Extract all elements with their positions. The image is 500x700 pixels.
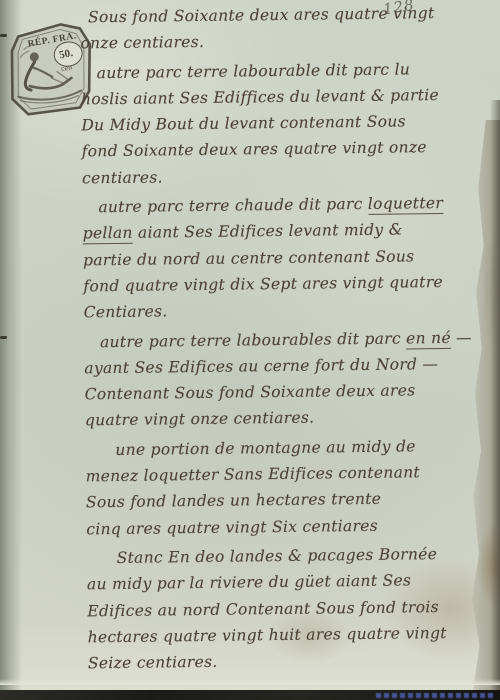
line-text: une portion de montagne au midy de (115, 437, 416, 459)
page-edge-mark (0, 336, 7, 339)
line-text: Stanc En deo landes & pacages Bornée (117, 545, 438, 567)
line-text: Seize centiares. (88, 653, 218, 673)
line-text: autre parc terre labourables dit parc (100, 329, 406, 351)
line-text: partie du nord au centre contenant Sous (83, 247, 415, 269)
line-text: aiant Ses Edifices levant midy & (133, 221, 403, 242)
text-line: hoslis aiant Ses Ediffices du levant & p… (81, 82, 473, 113)
text-line: Centiares. (84, 295, 476, 326)
line-text: Contenant Sous fond Soixante deux ares (85, 382, 416, 404)
line-text: fond Soixante deux ares quatre vingt onz… (82, 139, 427, 161)
paragraph: autre parc terre labourables dit parc en… (84, 324, 477, 434)
text-line: Stanc En deo landes & pacages Bornée (87, 541, 479, 572)
text-line: centiares. (82, 160, 474, 191)
paragraph: autre parc terre labourable dit parc lu … (81, 55, 475, 191)
line-text: onze centiares. (80, 33, 204, 53)
text-line: fond quatre vingt dix Sept ares vingt qu… (83, 269, 475, 300)
text-line: onze centiares. (80, 26, 472, 57)
underlined-name: loquetter (368, 194, 443, 215)
text-line: hectares quatre vingt huit ares quatre v… (87, 619, 479, 650)
torn-edge-shadow (490, 100, 500, 691)
line-text: — (451, 328, 472, 346)
paragraph: Sous fond Soixante deux ares quatre ving… (80, 0, 473, 57)
line-text: hoslis aiant Ses Ediffices du levant & p… (81, 86, 439, 108)
line-text: au midy par la riviere du güet aiant Ses (87, 572, 411, 594)
scan-watermark (376, 693, 496, 698)
text-line: fond Soixante deux ares quatre vingt onz… (82, 134, 474, 165)
paragraph: une portion de montagne au midy de menez… (85, 432, 478, 542)
line-text: Du Midy Bout du levant contenant Sous (81, 113, 406, 135)
manuscript-page: RÉP. FRA. 50. cen 128 Sous fond Soixante… (0, 0, 500, 691)
text-line: Sous fond Soixante deux ares quatre ving… (80, 0, 472, 31)
line-text: Sous fond Soixante deux ares quatre ving… (88, 4, 435, 26)
text-line: ayant Ses Edifices au cerne fort du Nord… (84, 350, 476, 381)
line-text: ayant Ses Edifices au cerne fort du Nord… (84, 355, 438, 377)
underlined-name: pellan (83, 224, 133, 245)
line-text: Edifices au nord Contenant Sous fond tro… (87, 598, 439, 620)
line-text: autre parc terre chaude dit parc (98, 195, 368, 216)
line-text: Sous fond landes un hectares trente (86, 490, 381, 512)
page-bottom-highlight (0, 679, 500, 685)
line-text: cinq ares quatre vingt Six centiares (86, 516, 378, 538)
paragraph: Stanc En deo landes & pacages Bornée au … (87, 541, 481, 677)
text-line: Seize centiares. (88, 646, 480, 677)
line-text: quatre vingt onze centiares. (85, 409, 315, 430)
line-text: menez loquetter Sans Edifices contenant (86, 463, 421, 485)
underlined-name: en né (406, 328, 451, 349)
line-text: centiares. (82, 168, 163, 187)
book-edge-strip (0, 690, 500, 700)
text-line: menez loquetter Sans Edifices contenant (86, 459, 478, 490)
text-line: cinq ares quatre vingt Six centiares (86, 511, 478, 542)
line-text: hectares quatre vingt huit ares quatre v… (88, 624, 447, 646)
text-line: quatre vingt onze centiares. (85, 403, 477, 434)
line-text: fond quatre vingt dix Sept ares vingt qu… (83, 273, 443, 295)
handwritten-text: Sous fond Soixante deux ares quatre ving… (80, 0, 480, 677)
text-line: autre parc terre chaude dit parc loquett… (82, 190, 474, 221)
line-text: autre parc terre labourable dit parc lu (97, 60, 411, 82)
paragraph: autre parc terre chaude dit parc loquett… (82, 190, 476, 326)
line-text: Centiares. (84, 303, 168, 322)
